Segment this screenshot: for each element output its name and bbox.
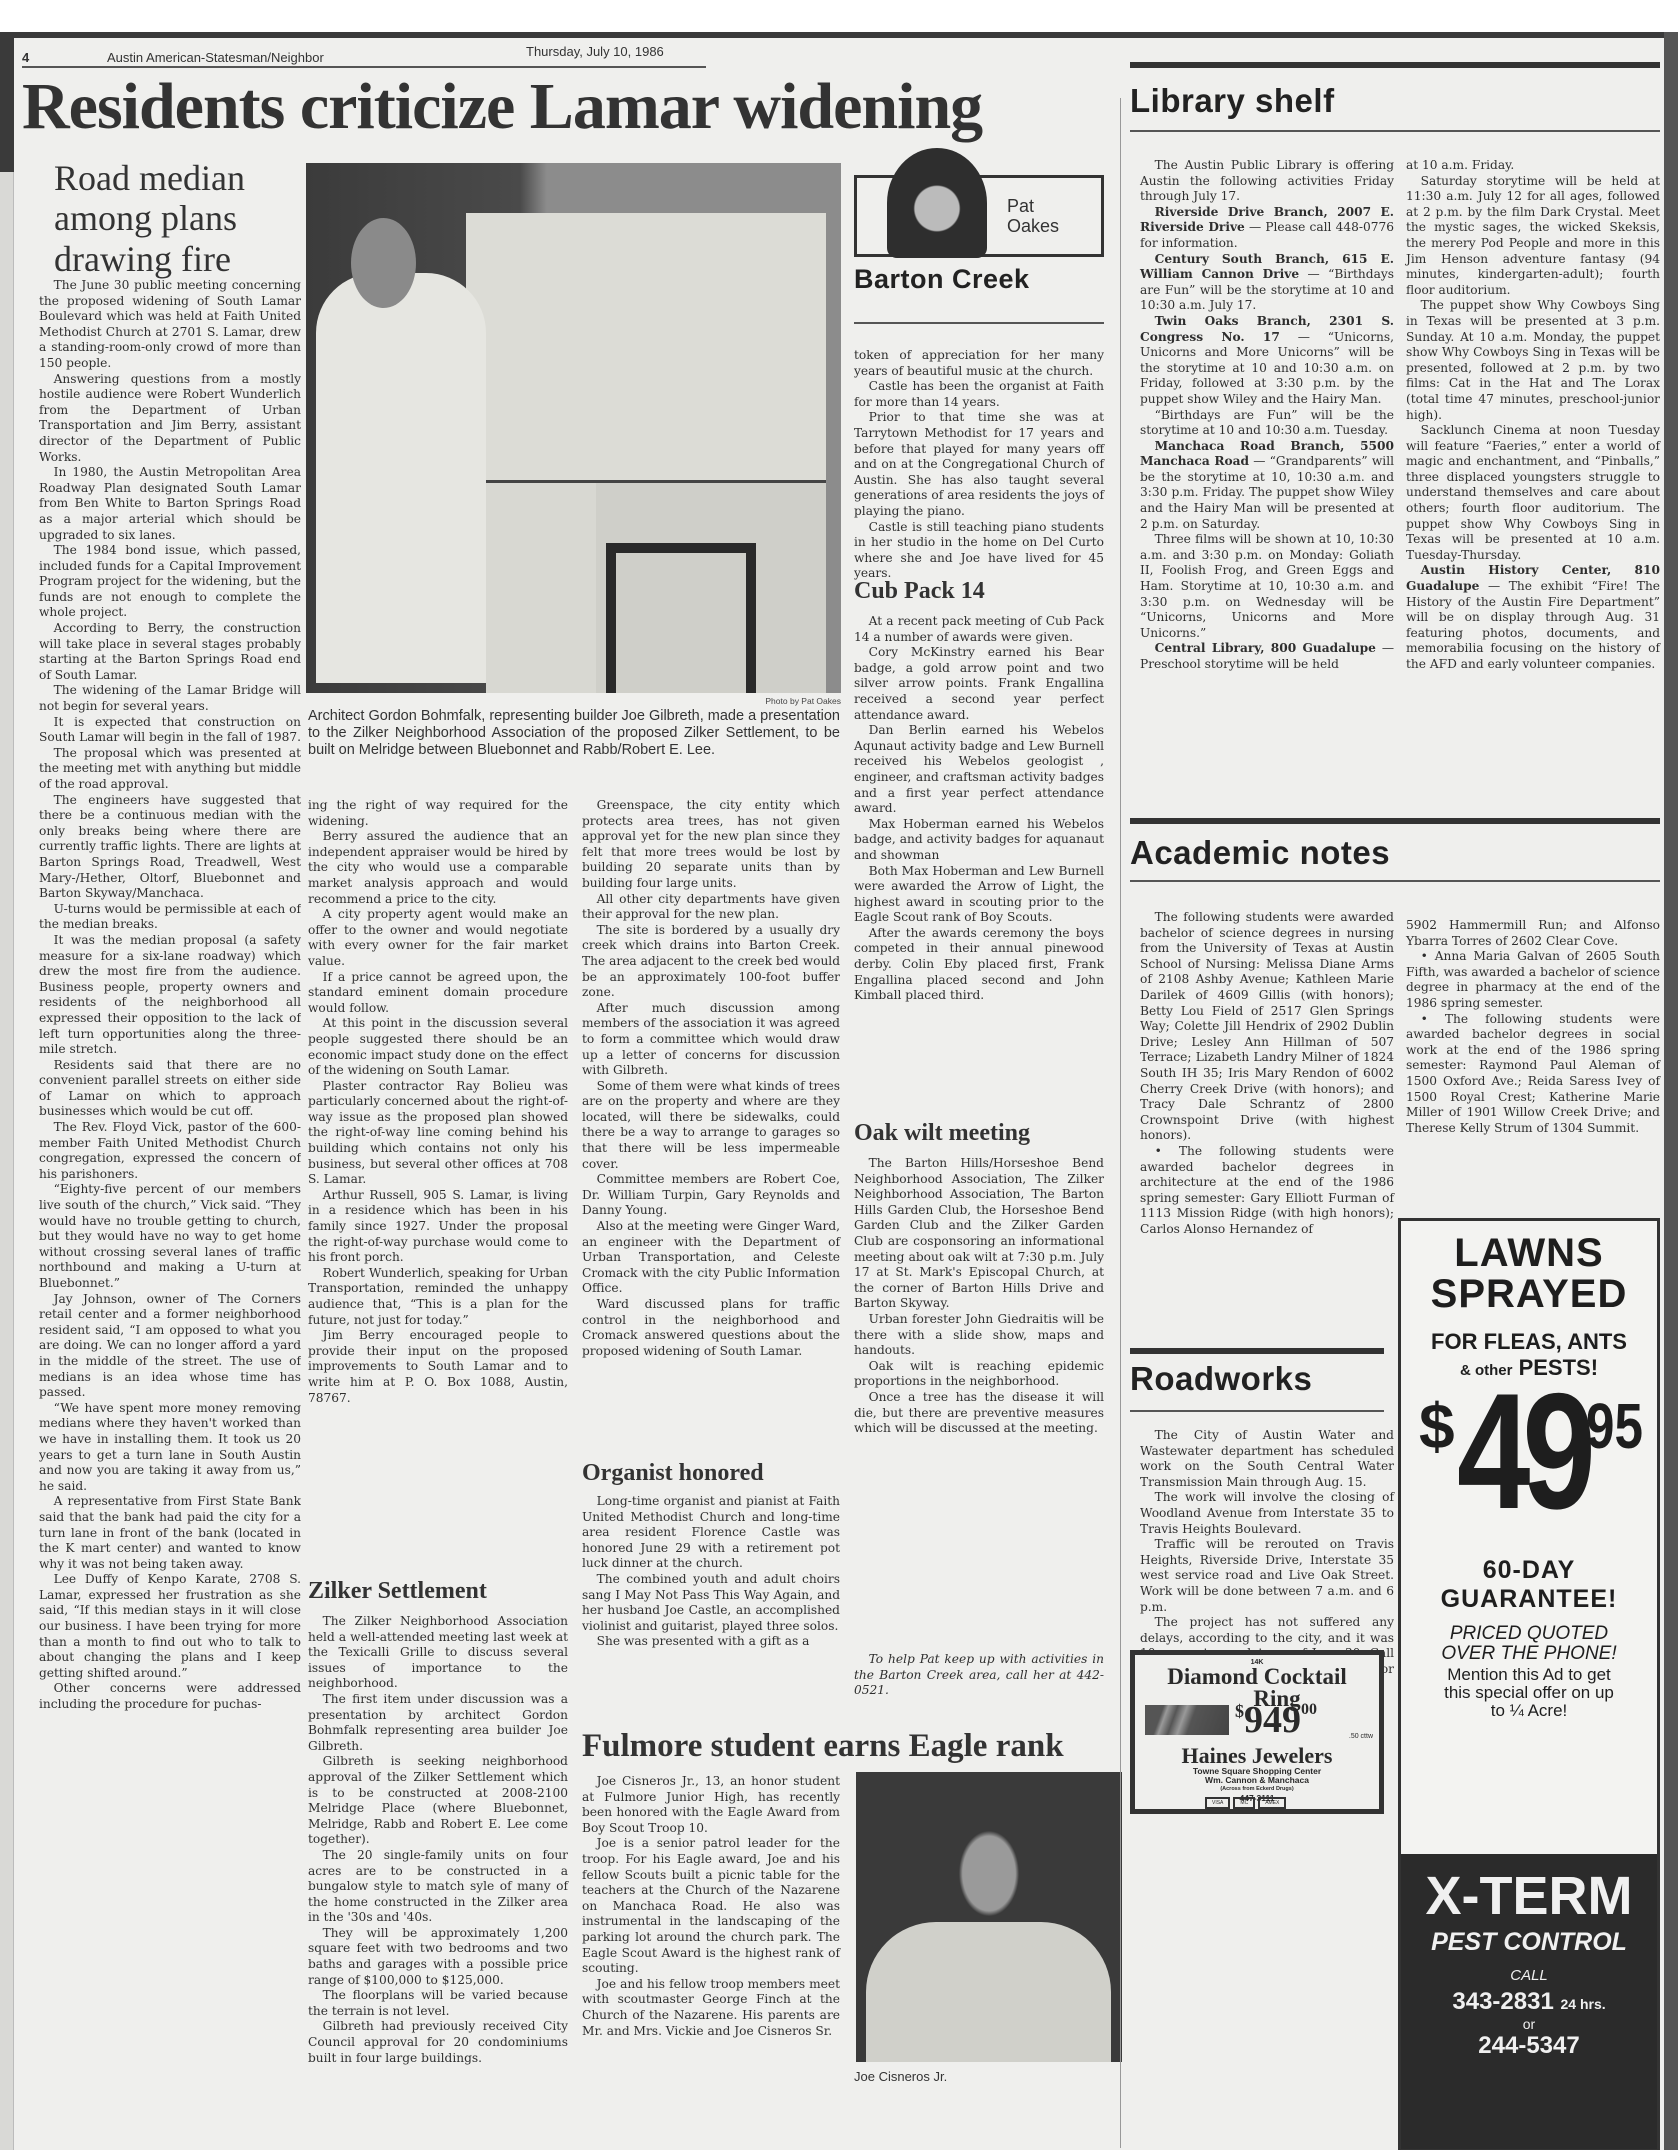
paragraph: Twin Oaks Branch, 2301 S. Congress No. 1…: [1140, 314, 1394, 408]
column-rule: [854, 322, 1104, 324]
fulmore-headline: Fulmore student earns Eagle rank: [582, 1728, 1064, 1765]
paragraph: After the awards ceremony the boys compe…: [854, 926, 1104, 1004]
paragraph: Central Library, 800 Guadalupe — Prescho…: [1140, 641, 1394, 672]
paragraph: Some of them were what kinds of trees ar…: [582, 1079, 840, 1173]
paragraph: The June 30 public meeting concerning th…: [39, 278, 301, 372]
deck-line: Road median: [54, 158, 304, 198]
paragraph: The following students were awarded bach…: [1140, 910, 1394, 1144]
paragraph: Manchaca Road Branch, 5500 Manchaca Road…: [1140, 439, 1394, 533]
ad-brand-block: X-TERM PEST CONTROL CALL 343-2831 24 hrs…: [1401, 1854, 1657, 2149]
paragraph: The first item under discussion was a pr…: [308, 1692, 568, 1754]
paragraph: Castle is still teaching piano students …: [854, 520, 1104, 582]
paragraph: Oak wilt is reaching epidemic proportion…: [854, 1359, 1104, 1390]
ad-mention-3: to ¼ Acre!: [1401, 1702, 1657, 1720]
ad-over-phone: OVER THE PHONE!: [1401, 1644, 1657, 1664]
paragraph: In 1980, the Austin Metropolitan Area Ro…: [39, 465, 301, 543]
paragraph: Century South Branch, 615 E. William Can…: [1140, 252, 1394, 314]
roadworks-rule-top: [1130, 1348, 1384, 1354]
paragraph: At a recent pack meeting of Cub Pack 14 …: [854, 614, 1104, 645]
photo-caption: Architect Gordon Bohmfalk, representing …: [308, 708, 840, 759]
paragraph: According to Berry, the construction wil…: [39, 621, 301, 683]
cub-pack-story: At a recent pack meeting of Cub Pack 14 …: [854, 614, 1104, 1004]
paragraph: Joe and his fellow troop members meet wi…: [582, 1977, 840, 2039]
price-main: 949: [1244, 1699, 1301, 1741]
paragraph: Gilbreth is seeking neighborhood approva…: [308, 1754, 568, 1848]
paragraph: 5902 Hammermill Run; and Alfonso Ybarra …: [1406, 918, 1660, 949]
paragraph: A representative from First State Bank s…: [39, 1494, 301, 1572]
deck-line: among plans: [54, 198, 304, 238]
paragraph: Committee members are Robert Coe, Dr. Wi…: [582, 1172, 840, 1219]
amex-icon: AMEX: [1258, 1797, 1286, 1809]
gutter-tab: [0, 32, 14, 172]
bold-lead: Twin Oaks Branch, 2301 S. Congress No. 1…: [1140, 314, 1394, 344]
paragraph: The puppet show Why Cowboys Sing in Texa…: [1406, 298, 1660, 423]
paragraph: Joe Cisneros Jr., 13, an honor student a…: [582, 1774, 840, 1836]
columnist-last-name: Oakes: [1007, 216, 1059, 236]
ad-brand-sub: PEST CONTROL: [1401, 1928, 1657, 1957]
bold-lead: Century South Branch, 615 E. William Can…: [1140, 252, 1394, 282]
ad-priced-quoted: PRICED QUOTED: [1401, 1624, 1657, 1644]
paragraph: At this point in the discussion several …: [308, 1016, 568, 1078]
paragraph: Three films will be shown at 10, 10:30 a…: [1140, 532, 1394, 641]
ad-mention-2: this special offer on up: [1401, 1684, 1657, 1702]
photo-detail: [486, 483, 596, 693]
paragraph: Lee Duffy of Kenpo Karate, 2708 S. Lamar…: [39, 1572, 301, 1681]
paragraph: Arthur Russell, 905 S. Lamar, is living …: [308, 1188, 568, 1266]
main-story-column-1: The June 30 public meeting concerning th…: [39, 278, 301, 2150]
deck-headline: Road median among plans drawing fire: [54, 158, 304, 279]
photo-detail: [316, 273, 486, 683]
ad-guarantee-2: GUARANTEE!: [1401, 1585, 1657, 1614]
paragraph: Castle has been the organist at Faith fo…: [854, 379, 1104, 410]
paragraph: token of appreciation for her many years…: [854, 348, 1104, 379]
photo-detail: [866, 1922, 1111, 2062]
library-heading: Library shelf: [1130, 82, 1335, 120]
paragraph: The engineers have suggested that there …: [39, 793, 301, 902]
paragraph: Greenspace, the city entity which protec…: [582, 798, 840, 892]
paragraph: Cory McKinstry earned his Bear badge, a …: [854, 645, 1104, 723]
paragraph: Long-time organist and pianist at Faith …: [582, 1494, 840, 1572]
column-name: Barton Creek: [854, 264, 1030, 295]
roadworks-rule-bottom: [1130, 1410, 1384, 1412]
bold-lead: Austin History Center, 810 Guadalupe: [1406, 563, 1660, 593]
paragraph: A city property agent would make an offe…: [308, 907, 568, 969]
paragraph: The widening of the Lamar Bridge will no…: [39, 683, 301, 714]
phone-note: 24 hrs.: [1560, 1996, 1605, 2012]
price-main: 49: [1457, 1369, 1588, 1534]
phone-number: 343-2831: [1452, 1988, 1553, 2015]
ring-image: [1145, 1705, 1229, 1735]
paragraph: The 20 single-family units on four acres…: [308, 1848, 568, 1926]
paragraph: • The following students were awarded ba…: [1406, 1012, 1660, 1137]
ad-lawn-price: $ 49 95: [1401, 1389, 1657, 1534]
academic-heading: Academic notes: [1130, 834, 1390, 872]
paragraph: Max Hoberman earned his Webelos badge, a…: [854, 817, 1104, 864]
organist-column-3: Long-time organist and pianist at Faith …: [582, 1494, 840, 1650]
paragraph: Robert Wunderlich, speaking for Urban Tr…: [308, 1266, 568, 1328]
zilker-column-2: The Zilker Neighborhood Association held…: [308, 1614, 568, 2066]
library-rule-bottom: [1130, 130, 1660, 132]
column-tagline: To help Pat keep up with activities in t…: [854, 1652, 1104, 1699]
ad-brand-name: X-TERM: [1401, 1868, 1657, 1924]
page-edge-right: [1664, 32, 1678, 2150]
ad-phone-2: 244-5347: [1401, 2032, 1657, 2060]
paragraph: Ward discussed plans for traffic control…: [582, 1297, 840, 1359]
price-cents: 00: [1301, 1701, 1317, 1718]
folio-rule: [22, 66, 706, 68]
paragraph: Gilbreth had previously received City Co…: [308, 2019, 568, 2066]
paragraph: Jay Johnson, owner of The Corners retail…: [39, 1292, 301, 1401]
paragraph: U-turns would be permissible at each of …: [39, 902, 301, 933]
bold-lead: Riverside Drive Branch, 2007 E. Riversid…: [1140, 205, 1394, 235]
scout-photo-caption: Joe Cisneros Jr.: [854, 2068, 947, 2085]
academic-rule-bottom: [1130, 880, 1660, 882]
ad-mention: Mention this Ad to get: [1401, 1666, 1657, 1684]
paragraph: The work will involve the closing of Woo…: [1140, 1490, 1394, 1537]
ad-call: CALL: [1401, 1967, 1657, 1984]
paragraph: “We have spent more money removing media…: [39, 1401, 301, 1495]
bold-lead: Central Library, 800 Guadalupe: [1155, 641, 1376, 655]
paragraph: “Birthdays are Fun” will be the storytim…: [1140, 408, 1394, 439]
paragraph: Traffic will be rerouted on Travis Heigh…: [1140, 1537, 1394, 1615]
site-plan-board: [466, 213, 826, 483]
paragraph: Prior to that time she was at Tarrytown …: [854, 410, 1104, 519]
paragraph: Also at the meeting were Ginger Ward, an…: [582, 1219, 840, 1297]
paragraph: Dan Berlin earned his Webelos Aqunaut ac…: [854, 723, 1104, 817]
ad-guarantee: 60-DAY: [1401, 1556, 1657, 1585]
columnist-sig-box: Pat Oakes: [854, 175, 1104, 257]
main-headline: Residents criticize Lamar widening: [22, 74, 982, 140]
oak-wilt-heading: Oak wilt meeting: [854, 1120, 1030, 1147]
paragraph: “Eighty-five percent of our members live…: [39, 1182, 301, 1291]
visa-icon: VISA: [1205, 1797, 1230, 1809]
zilker-column-3: Greenspace, the city entity which protec…: [582, 798, 840, 1359]
columnist-first-name: Pat: [1007, 196, 1059, 216]
paragraph: The City of Austin Water and Wastewater …: [1140, 1428, 1394, 1490]
page-number: 4: [22, 50, 29, 65]
ad-or: or: [1401, 2016, 1657, 2032]
organist-column-4: token of appreciation for her many years…: [854, 348, 1104, 582]
photo-boy-scout: [856, 1772, 1122, 2062]
photo-detail: [351, 218, 416, 308]
ad-line-lawns: LAWNS: [1401, 1233, 1657, 1273]
paragraph: The Zilker Neighborhood Association held…: [308, 1614, 568, 1692]
price-symbol: $: [1419, 1389, 1455, 1463]
photo-architect-presentation: [306, 163, 841, 693]
ad-xterm-pest-control: LAWNS SPRAYED FOR FLEAS, ANTS & other PE…: [1398, 1218, 1660, 2150]
newspaper-page: 4 Austin American-Statesman/Neighbor Thu…: [14, 32, 1664, 2150]
roadworks-heading: Roadworks: [1130, 1360, 1312, 1398]
paragraph: Riverside Drive Branch, 2007 E. Riversid…: [1140, 205, 1394, 252]
paragraph: They will be approximately 1,200 square …: [308, 1926, 568, 1988]
library-rule-top: [1130, 62, 1660, 68]
paragraph: at 10 a.m. Friday.: [1406, 158, 1660, 174]
price-cents: 95: [1586, 1389, 1643, 1463]
paragraph: Urban forester John Giedraitis will be t…: [854, 1312, 1104, 1359]
paragraph: Answering questions from a mostly hostil…: [39, 372, 301, 466]
columnist-headshot: [887, 148, 987, 258]
ad-ring-price: $94900: [1235, 1701, 1317, 1739]
paragraph: Both Max Hoberman and Lew Burnell were a…: [854, 864, 1104, 926]
academic-column-1: The following students were awarded bach…: [1140, 910, 1394, 1237]
organist-heading: Organist honored: [582, 1460, 764, 1487]
photo-credit: Photo by Pat Oakes: [654, 696, 841, 706]
column-divider: [1120, 98, 1121, 2148]
paragraph: • The following students were awarded ba…: [1140, 1144, 1394, 1238]
ad-phone-1: 343-2831 24 hrs.: [1401, 1988, 1657, 2016]
bold-lead: Manchaca Road Branch, 5500 Manchaca Road: [1140, 439, 1394, 469]
price-symbol: $: [1235, 1701, 1244, 1721]
paragraph: Jim Berry encouraged people to provide t…: [308, 1328, 568, 1406]
paragraph: The floorplans will be varied because th…: [308, 1988, 568, 2019]
academic-column-2: 5902 Hammermill Run; and Alfonso Ybarra …: [1406, 918, 1660, 1136]
library-column-1: The Austin Public Library is offering Au…: [1140, 158, 1394, 673]
zilker-heading: Zilker Settlement: [308, 1578, 487, 1605]
paragraph: It was the median proposal (a safety mea…: [39, 933, 301, 1058]
publication-date: Thursday, July 10, 1986: [526, 44, 664, 59]
paragraph: Other concerns were addressed including …: [39, 1681, 301, 1712]
library-column-2: at 10 a.m. Friday.Saturday storytime wil…: [1406, 158, 1660, 673]
address-line: Wm. Cannon & Manchaca: [1135, 1776, 1379, 1785]
main-story-column-2: ing the right of way required for the wi…: [308, 798, 568, 1406]
cub-pack-heading: Cub Pack 14: [854, 578, 985, 605]
paragraph: Plaster contractor Ray Bolieu was partic…: [308, 1079, 568, 1188]
paragraph: Saturday storytime will be held at 11:30…: [1406, 174, 1660, 299]
credit-card-logos: VISA MC AMEX: [1205, 1797, 1286, 1809]
paragraph: Sacklunch Cinema at noon Tuesday will fe…: [1406, 423, 1660, 563]
paragraph: The proposal which was presented at the …: [39, 746, 301, 793]
ad-line-sprayed: SPRAYED: [1401, 1273, 1657, 1315]
publication-name: Austin American-Statesman/Neighbor: [107, 50, 324, 65]
fulmore-story: Joe Cisneros Jr., 13, an honor student a…: [582, 1774, 840, 2039]
paragraph: ing the right of way required for the wi…: [308, 798, 568, 829]
paragraph: The site is bordered by a usually dry cr…: [582, 923, 840, 1001]
page-gutter-left: [0, 32, 14, 2150]
deck-line: drawing fire: [54, 239, 304, 279]
photo-detail: [606, 543, 756, 693]
paragraph: The Austin Public Library is offering Au…: [1140, 158, 1394, 205]
ad-ring-weight: .50 cttw: [1349, 1733, 1373, 1740]
paragraph: The combined youth and adult choirs sang…: [582, 1572, 840, 1634]
paragraph: It is expected that construction on Sout…: [39, 715, 301, 746]
paragraph: The 1984 bond issue, which passed, inclu…: [39, 543, 301, 621]
ad-haines-jewelers: 14K Diamond Cocktail Ring $94900 .50 ctt…: [1130, 1650, 1384, 1814]
paragraph: Berry assured the audience that an indep…: [308, 829, 568, 907]
ad-line-fleas: FOR FLEAS, ANTS: [1401, 1329, 1657, 1355]
paragraph: Austin History Center, 810 Guadalupe — T…: [1406, 563, 1660, 672]
paragraph: Once a tree has the disease it will die,…: [854, 1390, 1104, 1437]
columnist-name: Pat Oakes: [1007, 196, 1059, 236]
paragraph: After much discussion among members of t…: [582, 1001, 840, 1079]
paragraph: • Anna Maria Galvan of 2605 South Fifth,…: [1406, 949, 1660, 1011]
paragraph: Joe is a senior patrol leader for the tr…: [582, 1836, 840, 1976]
tagline-text: To help Pat keep up with activities in t…: [854, 1652, 1104, 1699]
academic-rule-top: [1130, 818, 1660, 824]
paragraph: She was presented with a gift as a: [582, 1634, 840, 1650]
oak-wilt-story: The Barton Hills/Horseshoe Bend Neighbor…: [854, 1156, 1104, 1437]
ad-ring-title: Diamond Cocktail: [1135, 1666, 1379, 1688]
paragraph: The Rev. Floyd Vick, pastor of the 600-m…: [39, 1120, 301, 1182]
paragraph: Residents said that there are no conveni…: [39, 1058, 301, 1120]
paragraph: The Barton Hills/Horseshoe Bend Neighbor…: [854, 1156, 1104, 1312]
paragraph: All other city departments have given th…: [582, 892, 840, 923]
paragraph: If a price cannot be agreed upon, the st…: [308, 970, 568, 1017]
mastercard-icon: MC: [1233, 1797, 1255, 1809]
